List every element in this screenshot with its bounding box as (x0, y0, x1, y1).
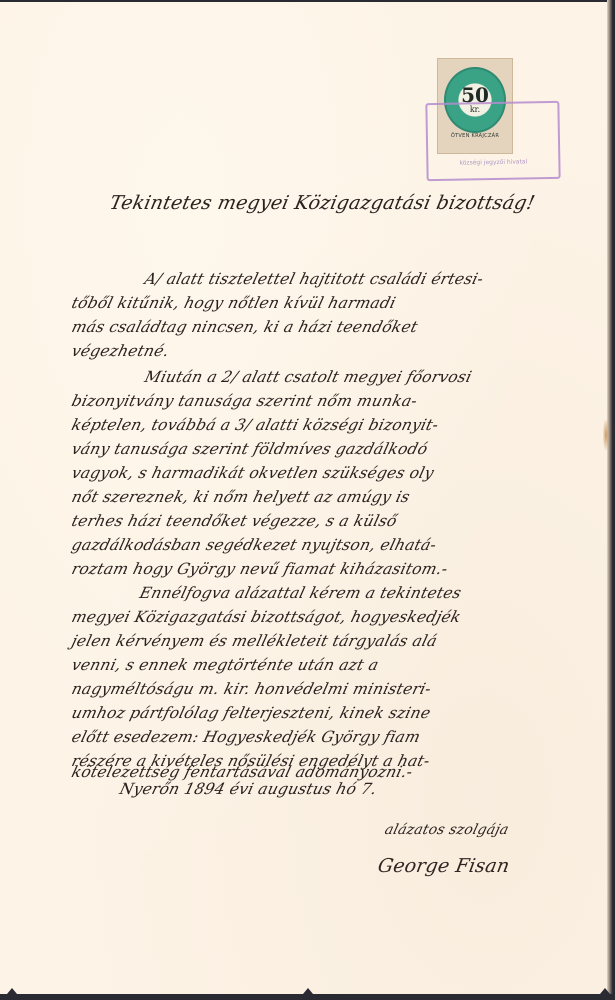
salutation: Tekintetes megyei Közigazgatási bizottsá… (108, 192, 537, 214)
letter-line: umhoz pártfolólag felterjeszteni, kinek … (70, 704, 433, 722)
letter-line: más családtag nincsen, ki a házi teendők… (70, 318, 420, 336)
document-page: 50 kr. ÖTVEN KRAJCZÁR községi jegyzői hi… (0, 2, 607, 995)
letter-line: vagyok, s harmadikát okvetlen szükséges … (70, 464, 436, 482)
letter-line: bizonyitvány tanusága szerint nőm munka- (70, 392, 419, 410)
letter-line: venni, s ennek megtörténte után azt a (70, 656, 381, 674)
closing: alázatos szolgája (383, 822, 510, 838)
date-line: Nyerőn 1894 évi augustus hó 7. (118, 780, 379, 798)
letter-line: jelen kérvényem és mellékleteit tárgyalá… (70, 632, 439, 650)
office-rubber-stamp: községi jegyzői hivatal (425, 101, 560, 181)
corner-tab-left (2, 988, 22, 1000)
letter-line: végezhetné. (70, 342, 171, 360)
office-stamp-text: községi jegyzői hivatal (428, 158, 558, 167)
corner-tab-right (595, 988, 615, 1000)
letter-line: megyei Közigazgatási bizottságot, hogyes… (70, 608, 463, 626)
letter-line: A/ alatt tisztelettel hajtitott családi … (143, 270, 486, 288)
letter-line: előtt esedezem: Hogyeskedjék György fiam (70, 728, 422, 746)
letter-line: vány tanusága szerint földmíves gazdálko… (70, 440, 430, 458)
page-edge-right (607, 0, 615, 1000)
letter-line: nőt szereznek, ki nőm helyett az amúgy i… (70, 488, 412, 506)
signature: George Fisan (376, 855, 511, 877)
letter-line: roztam hogy György nevű fiamat kiházasit… (70, 560, 450, 578)
letter-line: Miután a 2/ alatt csatolt megyei főorvos… (143, 368, 474, 386)
letter-line: tőből kitűnik, hogy nőtlen kívül harmadi (70, 294, 398, 312)
letter-line: gazdálkodásban segédkezet nyujtson, elha… (70, 536, 439, 554)
letter-line: terhes házi teendőket végezze, s a külső (70, 512, 399, 530)
letter-line: képtelen, továbbá a 3/ alatti községi bi… (70, 416, 441, 434)
letter-line: Ennélfogva alázattal kérem a tekintetes (138, 584, 463, 602)
corner-tab-middle (298, 988, 318, 1000)
paper-stain (603, 420, 609, 450)
letter-line: kötelezettség fentartásával adományozni.… (70, 763, 415, 781)
letter-line: nagyméltóságu m. kir. honvédelmi ministe… (70, 680, 433, 698)
